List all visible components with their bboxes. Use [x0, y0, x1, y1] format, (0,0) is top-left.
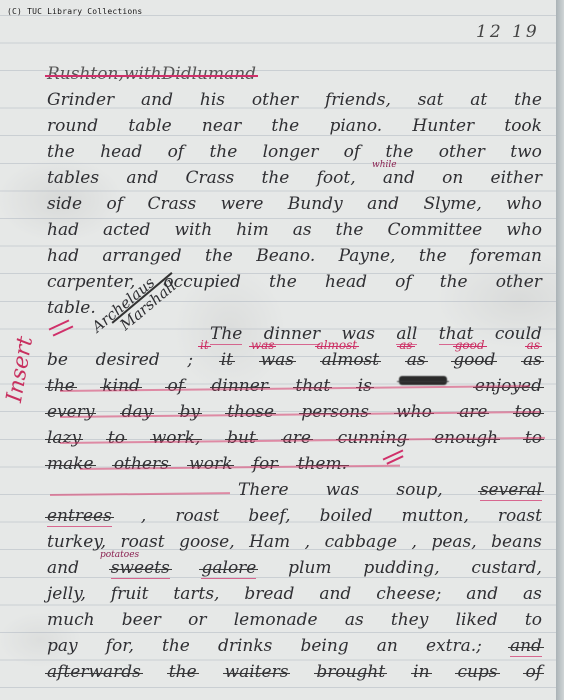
word: of [395, 272, 412, 292]
word: of [167, 376, 184, 396]
word: Committee [388, 220, 483, 240]
word: round [47, 116, 98, 136]
word: table [128, 116, 171, 136]
word: galore [201, 558, 256, 579]
word: boiled [320, 506, 373, 527]
word: be [47, 350, 68, 370]
word: who [506, 220, 542, 240]
word: extra.; [426, 636, 482, 657]
word: Crass [186, 168, 235, 188]
word: and [367, 194, 399, 214]
word: goose, [179, 532, 235, 552]
word: much [47, 610, 95, 630]
word: , [305, 532, 310, 552]
word: ; [187, 350, 193, 370]
word: , [412, 532, 417, 552]
word: tarts, [173, 584, 219, 604]
word: were [221, 194, 264, 214]
word: with [174, 220, 212, 240]
word: every [47, 402, 94, 422]
word: desired [96, 350, 160, 370]
manuscript-line: Grinderandhisotherfriends,satatthe [47, 90, 542, 110]
word: roast [121, 532, 165, 552]
copyright-watermark: (C) TUC Library Collections [7, 7, 142, 16]
word: turkey, [47, 532, 106, 552]
word: foreman [470, 246, 542, 266]
word: was [261, 350, 294, 370]
manuscript-line: tablesandCrassthefoot,andoneither [47, 168, 542, 188]
word: head [100, 142, 142, 162]
word: liked [456, 610, 498, 630]
word: the [386, 142, 414, 162]
word: kind [102, 376, 140, 396]
word: plum [288, 558, 331, 579]
word: for [253, 454, 278, 474]
word: several [480, 480, 542, 501]
word: lazy [47, 428, 81, 448]
word: to [108, 428, 125, 448]
word: acted [103, 220, 150, 240]
word: the [205, 246, 233, 266]
word: Didlum [162, 64, 224, 84]
word: in [413, 662, 429, 682]
word: arranged [102, 246, 181, 266]
word: drinks [218, 636, 272, 657]
word: and [319, 584, 351, 604]
word: jelly, [47, 584, 86, 604]
word: the [47, 376, 75, 396]
word: of [168, 142, 185, 162]
manuscript-line: makeothersworkforthem. [47, 454, 347, 474]
word: There [238, 480, 289, 501]
word: cheese; [376, 584, 441, 604]
word: friends, [325, 90, 391, 110]
word: dinner [212, 376, 268, 396]
word: other [496, 272, 542, 292]
word: as [523, 584, 542, 604]
manuscript-line: andsweetsgaloreplumpudding,custard, [47, 558, 542, 579]
word: and [466, 584, 498, 604]
word: mutton, [402, 506, 469, 527]
word: for, [106, 636, 134, 657]
word: Beano. [256, 246, 315, 266]
word: his [200, 90, 225, 110]
manuscript-line: payfor,thedrinksbeinganextra.;and [47, 636, 542, 657]
word: soup, [396, 480, 442, 501]
page-edge [556, 0, 564, 700]
word: and [141, 90, 173, 110]
word: as [523, 350, 542, 370]
word: with [124, 64, 162, 84]
word: roast [498, 506, 542, 527]
word: the [162, 636, 190, 657]
word: Ham [249, 532, 290, 552]
word: as [345, 610, 364, 630]
word: pudding, [363, 558, 439, 579]
word: and [126, 168, 158, 188]
word: almost [322, 350, 379, 370]
word: the [47, 142, 75, 162]
manuscript-line: Rushton,withDidlumand [47, 64, 247, 84]
word: being [300, 636, 348, 657]
word: had [47, 246, 79, 266]
word: that [295, 376, 330, 396]
word: as [293, 220, 312, 240]
word: him [236, 220, 269, 240]
word: the [169, 662, 197, 682]
word: the [209, 142, 237, 162]
word: Hunter [412, 116, 474, 136]
manuscript-line: bedesired;itwasalmostasgoodas [47, 350, 542, 370]
word: are [283, 428, 311, 448]
word: they [391, 610, 428, 630]
manuscript-line: afterwardsthewaitersbroughtincupsof [47, 662, 542, 682]
ink-blot [399, 376, 447, 385]
word: of [344, 142, 361, 162]
word: longer [263, 142, 319, 162]
word: Bundy [288, 194, 343, 214]
word: other [252, 90, 298, 110]
word: the [271, 116, 299, 136]
word: day [122, 402, 153, 422]
word: Payne, [339, 246, 396, 266]
word: them. [298, 454, 347, 474]
word: those [227, 402, 274, 422]
word: beef, [248, 506, 290, 527]
word: had [47, 220, 79, 240]
word: the [514, 90, 542, 110]
word: two [510, 142, 542, 162]
word: but [227, 428, 256, 448]
manuscript-line: roundtablenearthepiano.Huntertook [47, 116, 542, 136]
word: others [114, 454, 169, 474]
word: it [221, 350, 233, 370]
word: was [326, 480, 359, 501]
manuscript-line: jelly,fruittarts,breadandcheese;andas [47, 584, 542, 604]
word: Crass [147, 194, 196, 214]
word: near [202, 116, 241, 136]
word: by [180, 402, 201, 422]
word: piano. [329, 116, 382, 136]
manuscript-line: sideofCrasswereBundyandSlyme,who [47, 194, 542, 214]
word: peas, [431, 532, 476, 552]
word: the [336, 220, 364, 240]
word: carpenter, [47, 272, 135, 292]
word: and [510, 636, 542, 657]
word: Rushton, [47, 64, 124, 84]
word: sat [418, 90, 444, 110]
word: side [47, 194, 82, 214]
word: foot, [317, 168, 356, 188]
word: , [141, 506, 146, 527]
word: entrees [47, 506, 112, 527]
word: cabbage [325, 532, 398, 552]
word: on [442, 168, 463, 188]
word: either [491, 168, 542, 188]
page-number: 12 19 [476, 22, 540, 42]
word: fruit [111, 584, 149, 604]
word: beans [491, 532, 542, 552]
word: an [377, 636, 398, 657]
word: head [325, 272, 367, 292]
word: at [470, 90, 487, 110]
word: to [525, 610, 542, 630]
word: lemonade [234, 610, 318, 630]
word: who [506, 194, 542, 214]
word: or [188, 610, 206, 630]
word: of [525, 662, 542, 682]
word: the [419, 246, 447, 266]
word: Slyme, [423, 194, 481, 214]
interlinear-insert: while [372, 160, 397, 170]
word: took [504, 116, 542, 136]
word: the [269, 272, 297, 292]
manuscript-line: Therewassoup,several [238, 480, 542, 501]
word: the [440, 272, 468, 292]
word: the [262, 168, 290, 188]
word: brought [316, 662, 385, 682]
word: of [107, 194, 124, 214]
word: cups [457, 662, 497, 682]
word: custard, [471, 558, 542, 579]
word: good [453, 350, 495, 370]
word: afterwards [47, 662, 141, 682]
word: make [47, 454, 94, 474]
word: sweets [111, 558, 170, 579]
word: table. [47, 298, 96, 318]
manuscript-line: turkey,roastgoose,Ham,cabbage,peas,beans [47, 532, 542, 552]
manuscript-line: hadactedwithhimastheCommitteewho [47, 220, 542, 240]
word: as [407, 350, 426, 370]
word: and [383, 168, 415, 188]
manuscript-line: carpenter,occupiedtheheadoftheother [47, 272, 542, 292]
manuscript-line: muchbeerorlemonadeastheylikedto [47, 610, 542, 630]
word: and [224, 64, 256, 84]
interlinear-insert: potatoes [100, 550, 139, 560]
word: other [439, 142, 485, 162]
word: Grinder [47, 90, 114, 110]
word: work [189, 454, 232, 474]
manuscript-line: entrees,roastbeef,boiledmutton,roast [47, 506, 542, 527]
word: work, [152, 428, 201, 448]
word: waiters [225, 662, 289, 682]
word: roast [175, 506, 219, 527]
word: and [47, 558, 79, 579]
word: bread [244, 584, 294, 604]
word: pay [47, 636, 78, 657]
word: tables [47, 168, 99, 188]
word: beer [122, 610, 161, 630]
manuscript-line: theheadofthelongeroftheothertwo [47, 142, 542, 162]
manuscript-line: hadarrangedtheBeano.Payne,theforeman [47, 246, 542, 266]
